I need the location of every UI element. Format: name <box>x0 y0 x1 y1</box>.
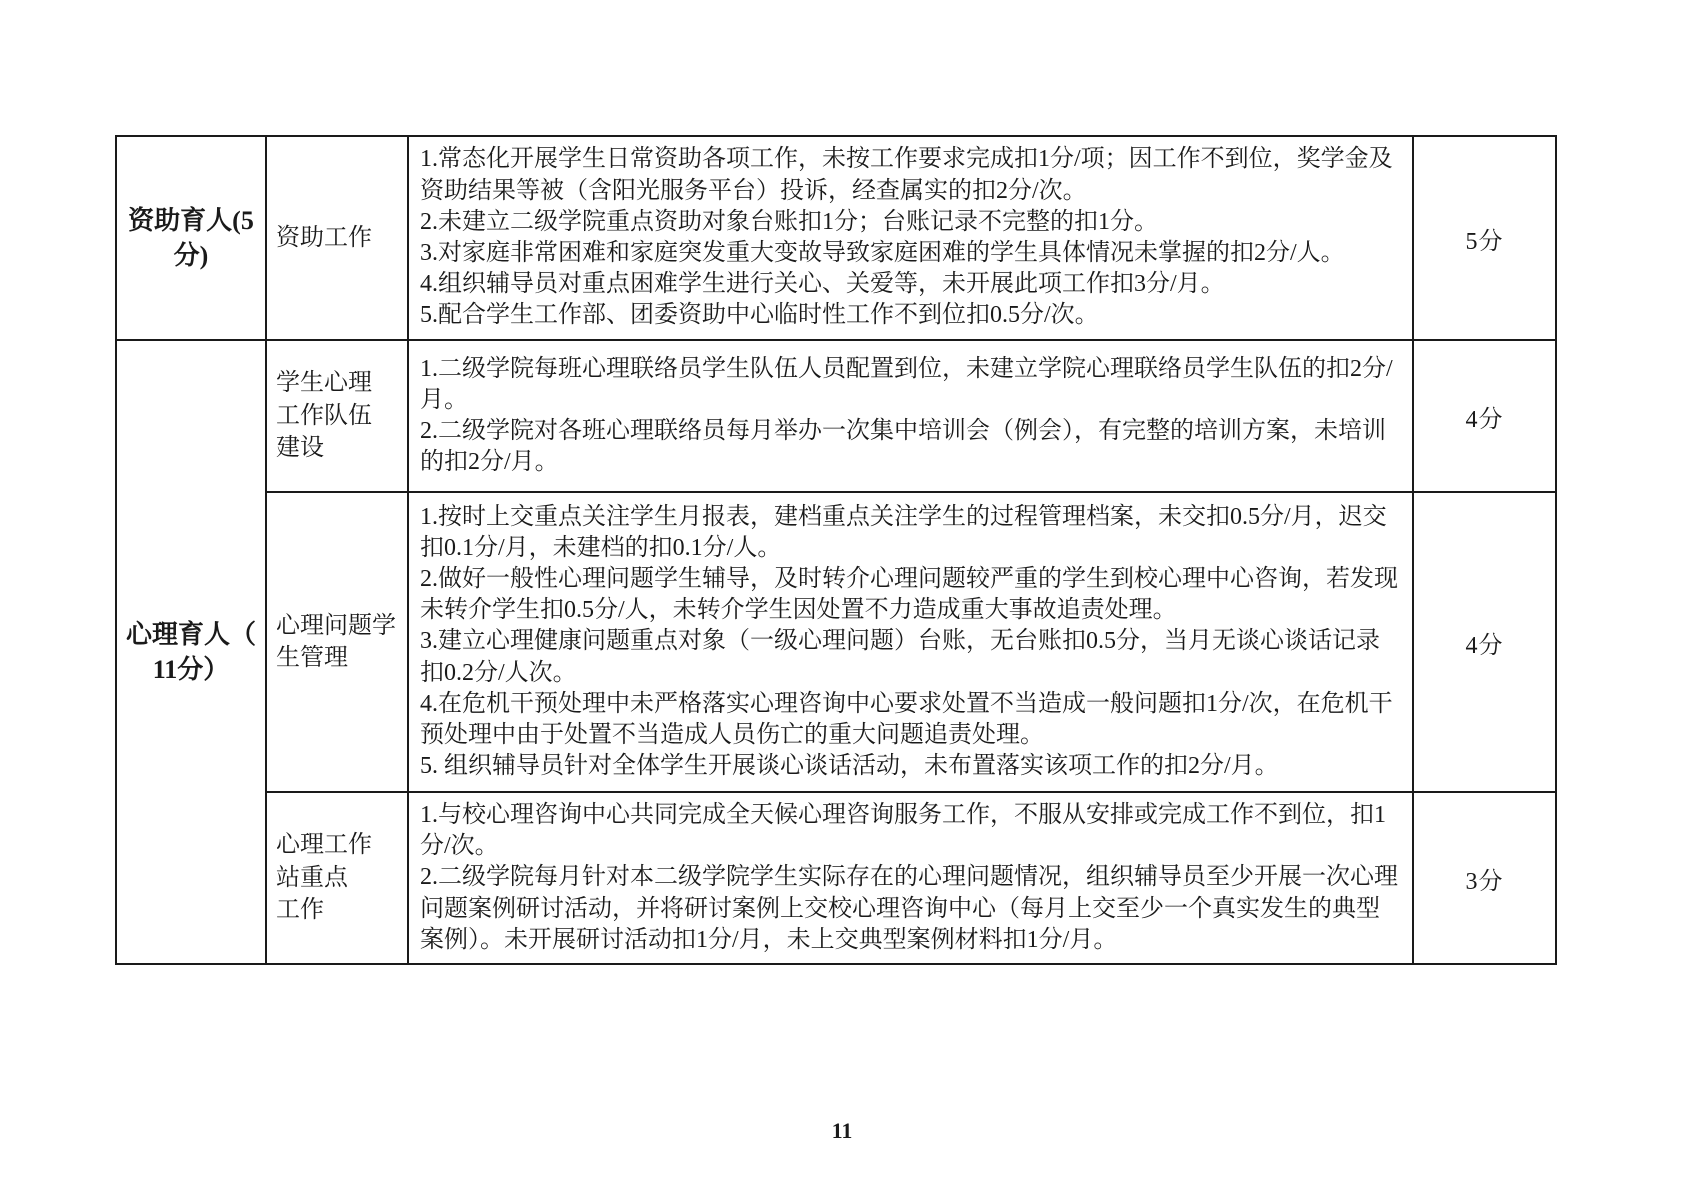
criteria-cell-psych-station: 1.与校心理咨询中心共同完成全天候心理咨询服务工作，不服从安排或完成工作不到位，… <box>408 792 1413 964</box>
criteria-cell-funding: 1.常态化开展学生日常资助各项工作，未按工作要求完成扣1分/项；因工作不到位，奖… <box>408 136 1413 340</box>
score-cell-psych-team: 4分 <box>1413 340 1556 492</box>
score-cell-psych-students: 4分 <box>1413 492 1556 792</box>
subcategory-cell-psych-students: 心理问题学 生管理 <box>266 492 408 792</box>
table-row-psych-station: 心理工作 站重点 工作 1.与校心理咨询中心共同完成全天候心理咨询服务工作，不服… <box>116 792 1556 964</box>
subcategory-cell-psych-station: 心理工作 站重点 工作 <box>266 792 408 964</box>
table-row-psych-team: 心理育人（ 11分） 学生心理 工作队伍 建设 1.二级学院每班心理联络员学生队… <box>116 340 1556 492</box>
table-row-psych-students: 心理问题学 生管理 1.按时上交重点关注学生月报表，建档重点关注学生的过程管理档… <box>116 492 1556 792</box>
table-row-funding: 资助育人(5 分) 资助工作 1.常态化开展学生日常资助各项工作，未按工作要求完… <box>116 136 1556 340</box>
criteria-item: 4.在危机干预处理中未严格落实心理咨询中心要求处置不当造成一般问题扣1分/次，在… <box>420 689 1402 751</box>
subcategory-cell-psych-team: 学生心理 工作队伍 建设 <box>266 340 408 492</box>
criteria-item: 2.未建立二级学院重点资助对象台账扣1分；台账记录不完整的扣1分。 <box>420 207 1402 238</box>
criteria-item: 1.与校心理咨询中心共同完成全天候心理咨询服务工作，不服从安排或完成工作不到位，… <box>420 800 1402 862</box>
evaluation-table: 资助育人(5 分) 资助工作 1.常态化开展学生日常资助各项工作，未按工作要求完… <box>115 135 1557 965</box>
criteria-item: 2.二级学院每月针对本二级学院学生实际存在的心理问题情况，组织辅导员至少开展一次… <box>420 862 1402 956</box>
subcategory-cell-funding-work: 资助工作 <box>266 136 408 340</box>
criteria-item: 2.二级学院对各班心理联络员每月举办一次集中培训会（例会），有完整的培训方案，未… <box>420 416 1402 478</box>
criteria-item: 4.组织辅导员对重点困难学生进行关心、关爱等，未开展此项工作扣3分/月。 <box>420 269 1402 300</box>
score-cell-funding: 5分 <box>1413 136 1556 340</box>
document-page: 资助育人(5 分) 资助工作 1.常态化开展学生日常资助各项工作，未按工作要求完… <box>0 0 1684 1191</box>
criteria-item: 1.常态化开展学生日常资助各项工作，未按工作要求完成扣1分/项；因工作不到位，奖… <box>420 144 1402 206</box>
criteria-item: 1.按时上交重点关注学生月报表，建档重点关注学生的过程管理档案，未交扣0.5分/… <box>420 502 1402 564</box>
criteria-item: 2.做好一般性心理问题学生辅导，及时转介心理问题较严重的学生到校心理中心咨询，若… <box>420 564 1402 626</box>
page-number: 11 <box>0 1118 1684 1144</box>
category-cell-psychology: 心理育人（ 11分） <box>116 340 266 964</box>
criteria-item: 5.配合学生工作部、团委资助中心临时性工作不到位扣0.5分/次。 <box>420 300 1402 331</box>
criteria-item: 3.对家庭非常困难和家庭突发重大变故导致家庭困难的学生具体情况未掌握的扣2分/人… <box>420 238 1402 269</box>
criteria-item: 1.二级学院每班心理联络员学生队伍人员配置到位，未建立学院心理联络员学生队伍的扣… <box>420 354 1402 416</box>
criteria-cell-psych-students: 1.按时上交重点关注学生月报表，建档重点关注学生的过程管理档案，未交扣0.5分/… <box>408 492 1413 792</box>
criteria-item: 3.建立心理健康问题重点对象（一级心理问题）台账，无台账扣0.5分，当月无谈心谈… <box>420 626 1402 688</box>
category-cell-funding: 资助育人(5 分) <box>116 136 266 340</box>
score-cell-psych-station: 3分 <box>1413 792 1556 964</box>
criteria-item: 5. 组织辅导员针对全体学生开展谈心谈话活动，未布置落实该项工作的扣2分/月。 <box>420 751 1402 782</box>
criteria-cell-psych-team: 1.二级学院每班心理联络员学生队伍人员配置到位，未建立学院心理联络员学生队伍的扣… <box>408 340 1413 492</box>
